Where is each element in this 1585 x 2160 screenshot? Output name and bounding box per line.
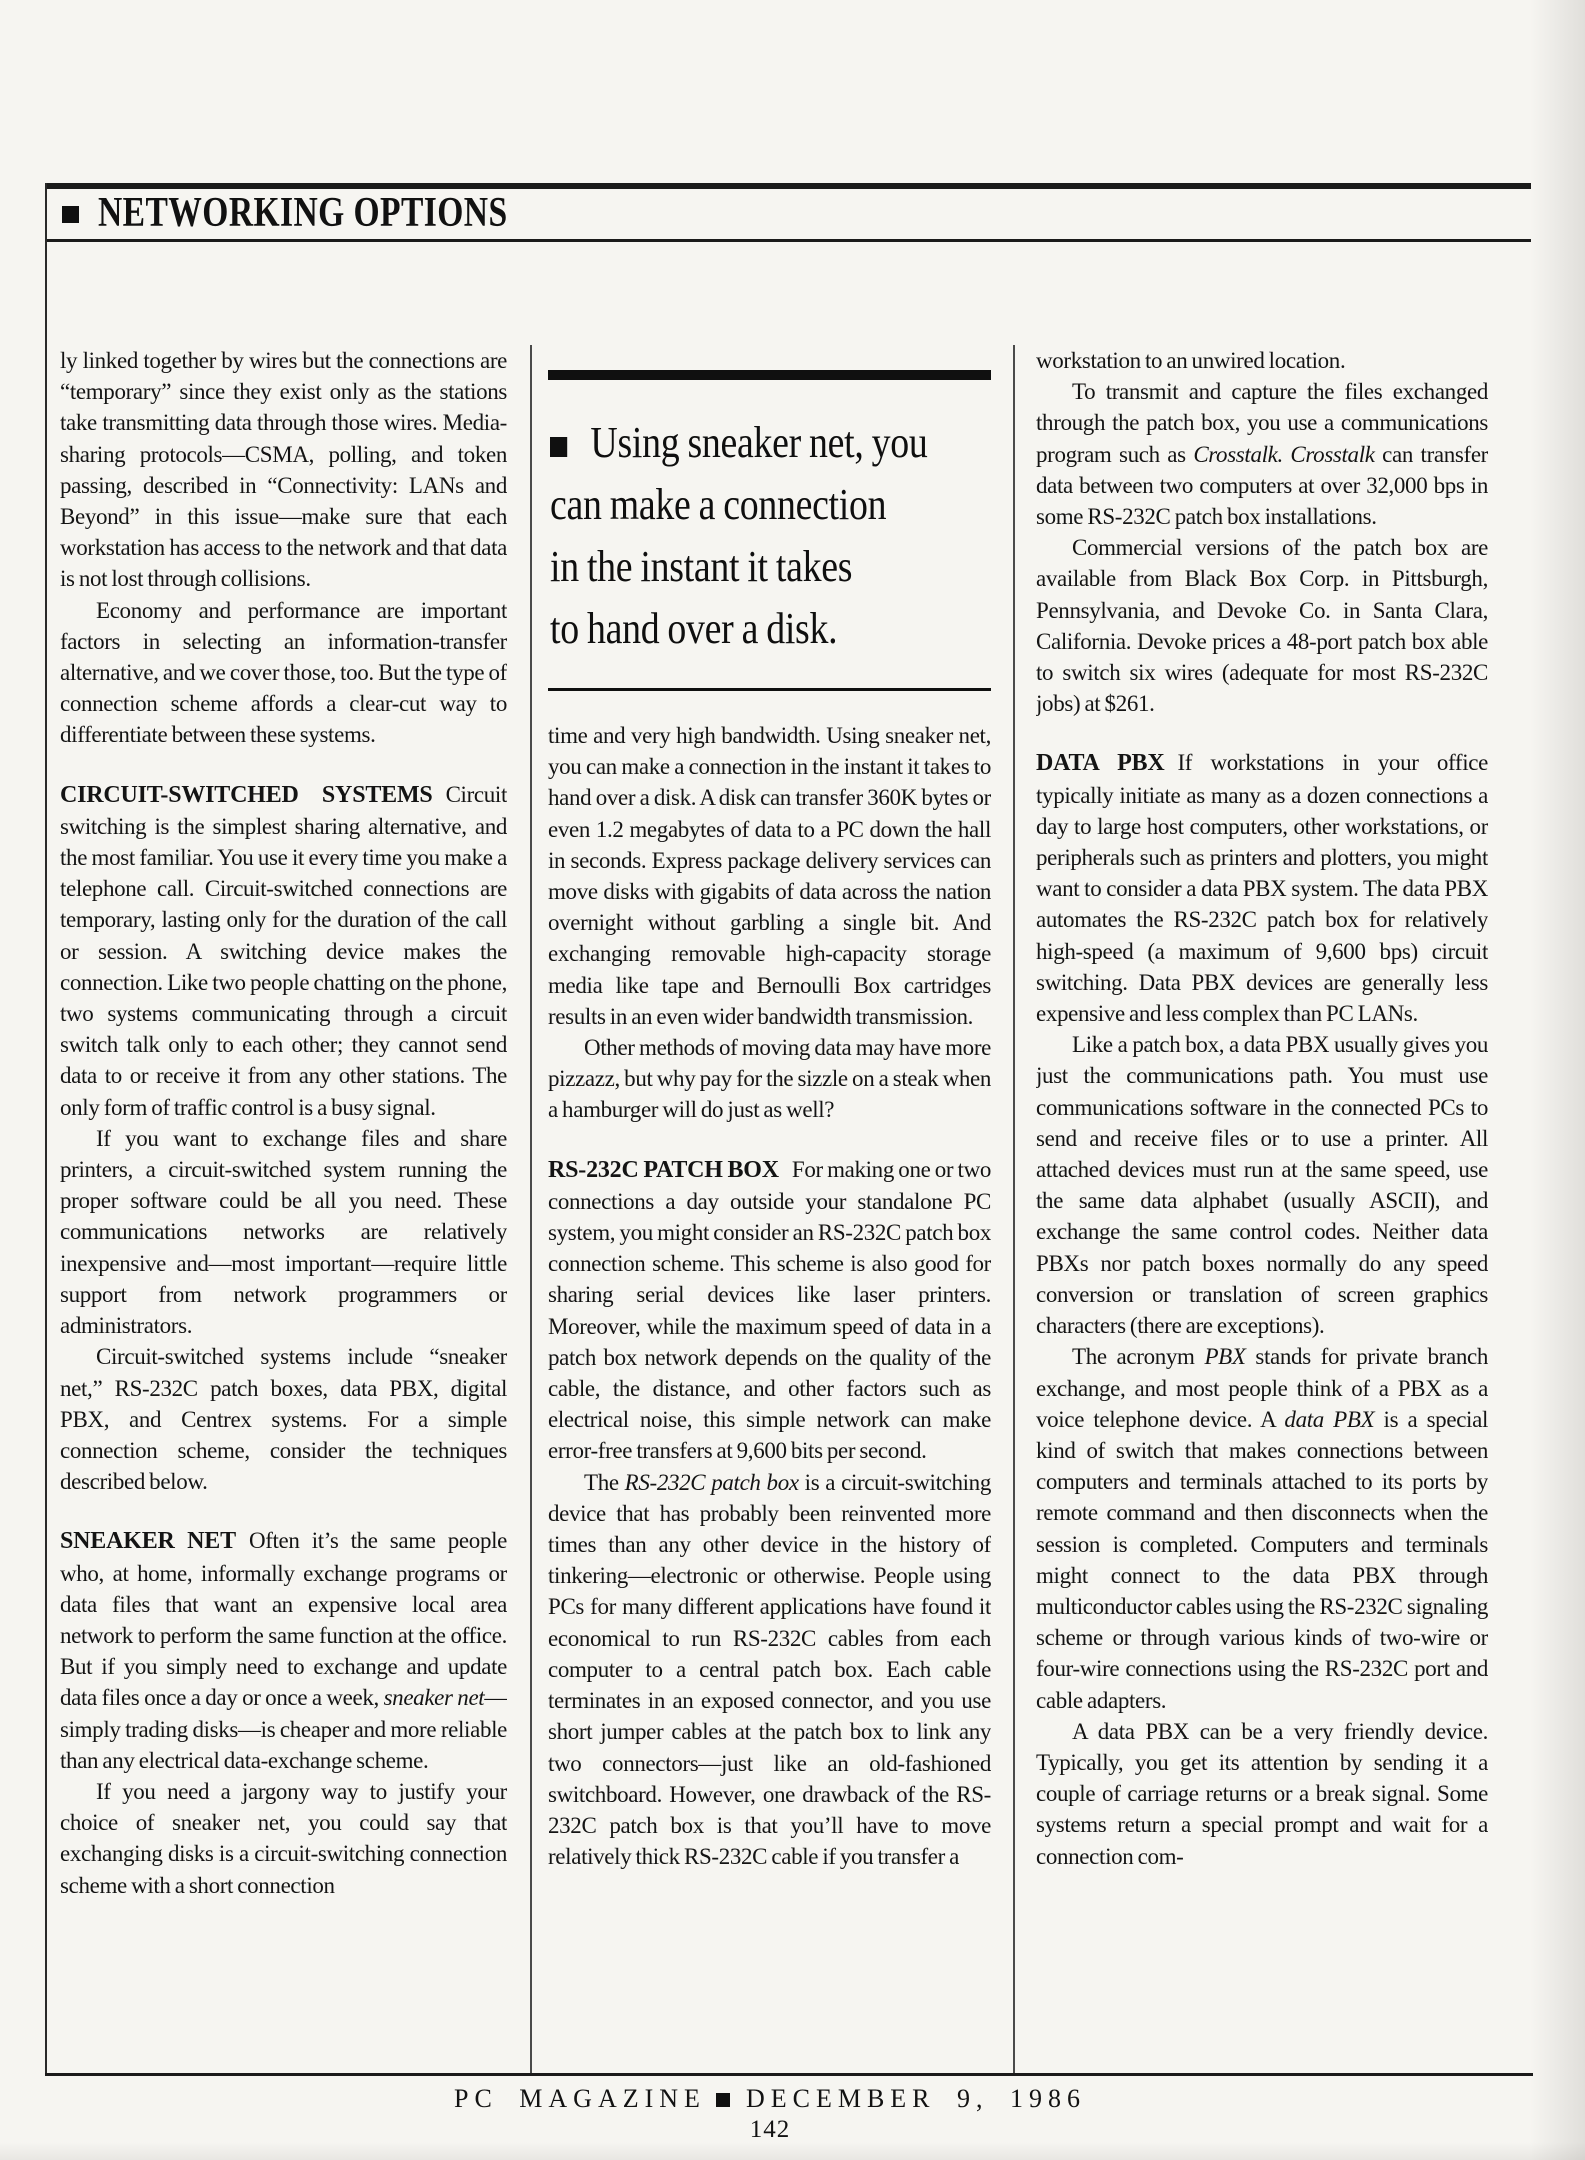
paragraph: time and very high bandwidth. Using snea… [548,720,991,1032]
magazine-page-scan: { "header": { "title": "NETWORKING OPTIO… [0,0,1585,2160]
text-column-2: Using sneaker net, youcan make a connect… [548,345,991,2072]
pull-quote: Using sneaker net, youcan make a connect… [548,370,991,691]
paragraph: DATA PBXIf workstations in your office t… [1036,747,1488,1029]
page-number: 142 [45,2116,1495,2144]
italic-run: PBX [1204,1344,1245,1369]
column-divider-rule-2 [1013,345,1015,2073]
paragraph: CIRCUIT-SWITCHED SYSTEMSCircuit switchin… [60,779,507,1123]
paragraph: The RS-232C patch box is a circuit-switc… [548,1467,991,1873]
page-left-rule [45,183,47,2076]
pull-quote-line: to hand over a disk. [550,598,929,660]
paragraph: Economy and performance are important fa… [60,595,507,751]
article-header-band: NETWORKING OPTIONS [45,183,1531,242]
paragraph: The acronym PBX stands for private branc… [1036,1341,1488,1715]
scan-edge-shading-bottom [0,2142,1585,2160]
paragraph: ly linked together by wires but the conn… [60,345,507,595]
paragraph: SNEAKER NETOften it’s the same people wh… [60,1525,507,1776]
paragraph: Circuit-switched systems include “sneake… [60,1341,507,1497]
italic-run: sneaker net [384,1685,485,1710]
footer-line: PC MAGAZINEDECEMBER 9, 1986 [45,2084,1495,2114]
square-bullet-icon [716,2093,730,2107]
paragraph: workstation to an unwired location. [1036,345,1488,376]
square-bullet-icon [62,206,79,223]
paragraph: If you need a jargony way to justify you… [60,1776,507,1901]
paragraph: Commercial versions of the patch box are… [1036,532,1488,719]
italic-run: RS-232C patch box [625,1470,799,1495]
text-column-1: ly linked together by wires but the conn… [60,345,507,2072]
paragraph: Other methods of moving data may have mo… [548,1032,991,1126]
section-heading: DATA PBX [1036,750,1178,776]
section-heading: SNEAKER NET [60,1528,249,1554]
footer-magazine: PC MAGAZINE [454,2084,706,2113]
text-column-3: workstation to an unwired location.To tr… [1036,345,1488,2072]
scan-edge-shading-right [1530,0,1585,2160]
article-title: NETWORKING OPTIONS [98,189,508,240]
pull-quote-line: can make a connection [550,474,929,536]
column-divider-rule-1 [530,345,532,2073]
footer-date: DECEMBER 9, 1986 [746,2084,1086,2113]
paragraph: If you want to exchange files and share … [60,1123,507,1341]
paragraph: RS-232C PATCH BOXFor making one or two c… [548,1154,991,1467]
section-heading: CIRCUIT-SWITCHED SYSTEMS [60,782,446,808]
footer-rule [45,2073,1533,2076]
paragraph: To transmit and capture the files exchan… [1036,376,1488,532]
pull-quote-line: in the instant it takes [550,536,929,598]
square-bullet-icon [550,437,567,457]
paragraph: A data PBX can be a very friendly device… [1036,1716,1488,1872]
pull-quote-line: Using sneaker net, you [550,412,929,474]
section-heading: RS-232C PATCH BOX [548,1157,792,1183]
italic-run: Crosstalk. Crosstalk [1193,442,1374,467]
italic-run: data PBX [1284,1407,1374,1432]
paragraph: Like a patch box, a data PBX usually giv… [1036,1029,1488,1341]
